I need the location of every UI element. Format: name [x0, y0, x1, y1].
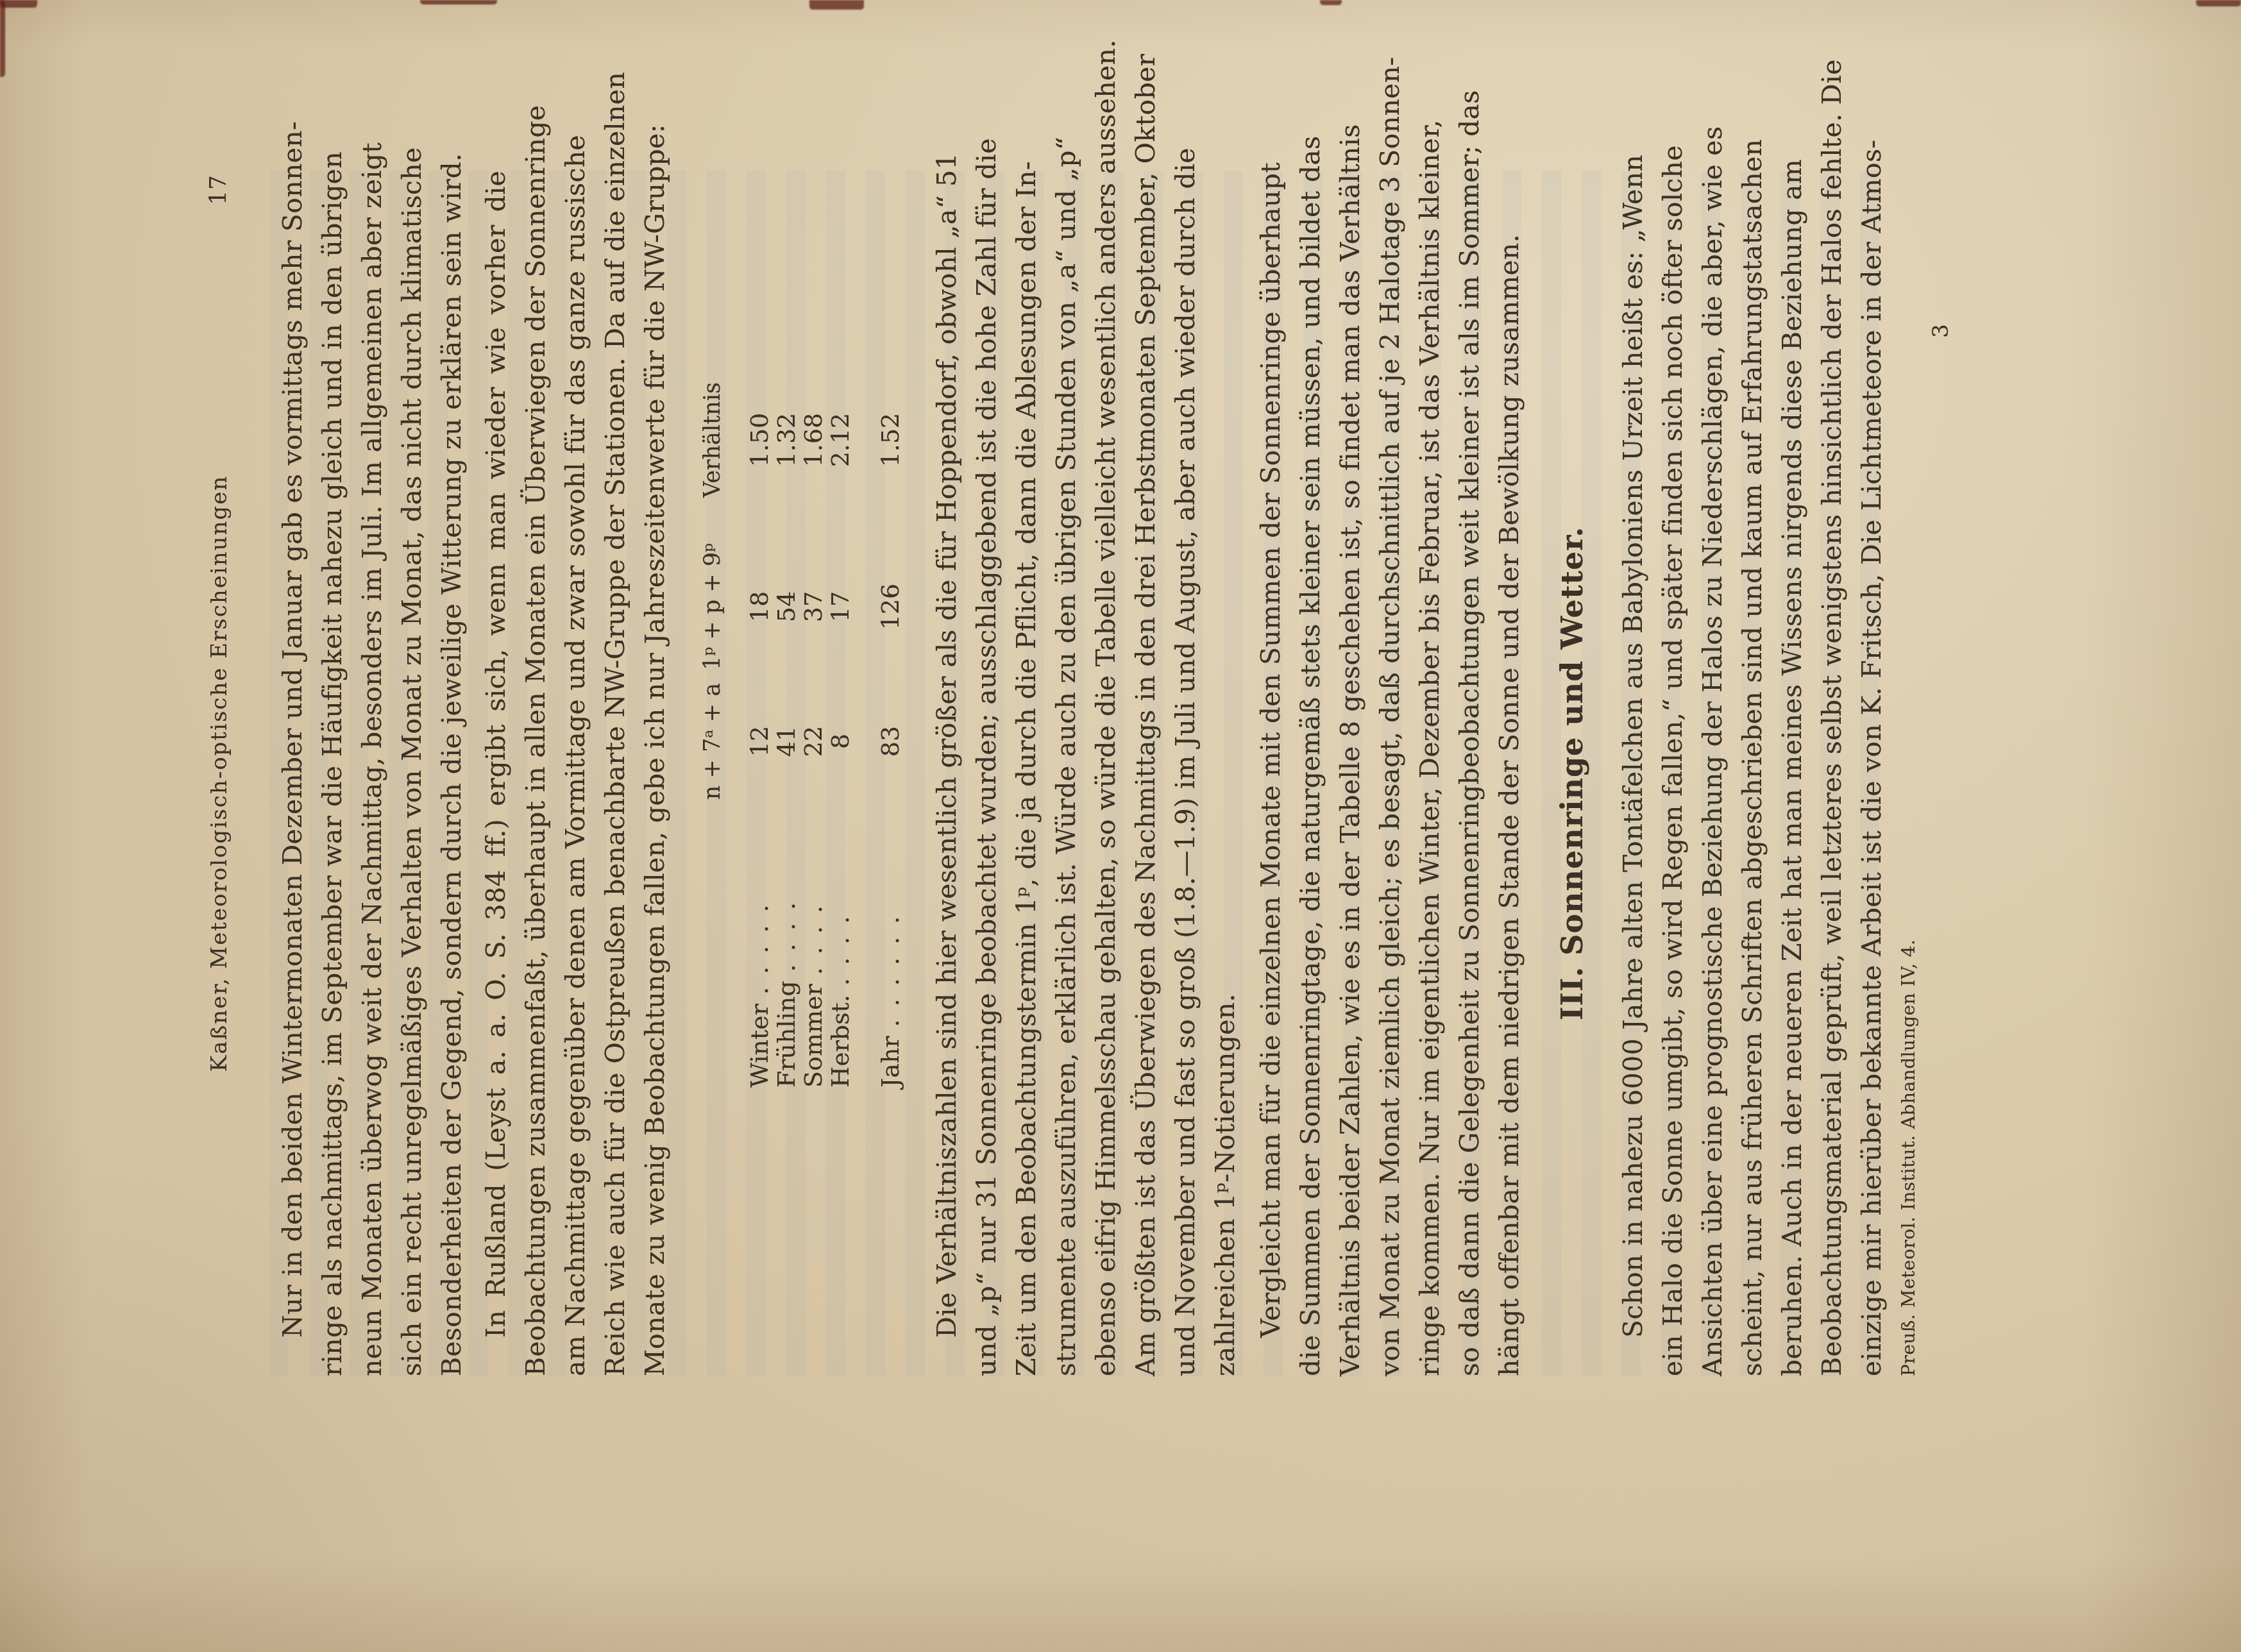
text-line: Am größten ist das Überwiegen des Nachmi…: [1126, 171, 1165, 1376]
running-head: Kaßner, Meteorologisch-optische Erschein…: [207, 171, 237, 1376]
paragraph-3: Die Verhältniszahlen sind hier wesentlic…: [927, 171, 1245, 1376]
text-line: strumente auszuführen, erklärlich ist. W…: [1046, 171, 1086, 1376]
text-line: Besonderheiten der Gegend, sondern durch…: [432, 171, 471, 1376]
cell-value: 12: [746, 677, 773, 805]
cell-value: 83: [877, 677, 904, 805]
row-label: Herbst.: [827, 995, 854, 1088]
cell-value: 17: [827, 536, 854, 677]
text-line: Vergleicht man für die einzelnen Monate …: [1251, 171, 1290, 1376]
table-row-jahr: Jahr . . . . . . 83 126 1.52: [877, 344, 904, 1088]
scan-edge-mark: [0, 0, 37, 8]
text-line: Beobachtungsmaterial geprüft, weil letzt…: [1812, 171, 1852, 1376]
paragraph-2: In Rußland (Leyst a. a. O. S. 384 ff.) e…: [476, 171, 675, 1376]
table-row-fruehling: Frühling . . . . 41 54 1.32: [773, 344, 800, 1088]
scan-edge-mark: [1320, 0, 1342, 5]
table-corner-cell: [696, 805, 737, 1088]
text-line: Nur in den beiden Wintermonaten Dezember…: [273, 171, 312, 1376]
cell-value: 37: [800, 536, 827, 677]
text-line: Verhältnis beider Zahlen, wie es in der …: [1330, 171, 1370, 1376]
cell-value: 18: [746, 536, 773, 677]
text-line: Ansichten über eine prognostische Bezieh…: [1693, 171, 1732, 1376]
text-line: beruhen. Auch in der neueren Zeit hat ma…: [1772, 171, 1812, 1376]
text-line: Schon in nahezu 6000 Jahre alten Tontäfe…: [1613, 171, 1653, 1376]
row-label: Sommer: [800, 984, 827, 1088]
text-line: ringe als nachmittags, im September war …: [312, 171, 352, 1376]
row-label: Jahr: [877, 1036, 904, 1088]
text-line: so daß dann die Gelegenheit zu Sonnenrin…: [1450, 171, 1489, 1376]
cell-value: 41: [773, 677, 800, 805]
scan-edge-mark: [809, 0, 864, 10]
cell-value: 1.68: [800, 344, 827, 536]
dot-leader: . . . .: [800, 903, 827, 975]
text-line: und „p“ nur 31 Sonnenringe beobachtet wu…: [967, 171, 1006, 1376]
cell-value: 54: [773, 536, 800, 677]
dot-leader: . . . . . .: [877, 914, 904, 1027]
text-line: In Rußland (Leyst a. a. O. S. 384 ff.) e…: [476, 171, 516, 1376]
scan-edge-mark: [2196, 0, 2241, 6]
table-row-sommer: Sommer . . . . 22 37 1.68: [800, 344, 827, 1088]
cell-value: 8: [827, 677, 854, 805]
text-line: ebenso eifrig Himmelsschau gehalten, so …: [1086, 171, 1126, 1376]
text-line: Reich wie auch für die Ostpreußen benach…: [595, 171, 635, 1376]
text-line: Beobachtungen zusammenfaßt, überhaupt in…: [516, 171, 555, 1376]
table-row-winter: Winter . . . . . 12 18 1.50: [746, 344, 773, 1088]
table-col-header-afternoon: 1ᵖ + p + 9ᵖ: [696, 536, 737, 677]
text-line: ein Halo die Sonne umgibt, so wird Regen…: [1653, 171, 1693, 1376]
row-label: Frühling: [773, 981, 800, 1088]
text-line: ringe kommen. Nur im eigentlichen Winter…: [1410, 171, 1450, 1376]
dot-leader: . . . .: [827, 913, 854, 986]
book-page-rotated: Kaßner, Meteorologisch-optische Erschein…: [0, 0, 2241, 1652]
text-line: und November und fast so groß (1.8.—1.9)…: [1165, 171, 1205, 1376]
table-col-header-morning: n + 7ᵃ + a: [696, 677, 737, 805]
dot-leader: . . . .: [773, 900, 800, 972]
publisher-imprint: Preuß. Meteorol. Institut. Abhandlungen …: [1896, 799, 1922, 1376]
paragraph-4: Vergleicht man für die einzelnen Monate …: [1251, 171, 1529, 1376]
scan-edge-mark: [0, 0, 5, 77]
cell-value: 126: [877, 536, 904, 677]
table-header-row: n + 7ᵃ + a 1ᵖ + p + 9ᵖ Verhältnis: [696, 344, 737, 1088]
text-line: einzige mir hierüber bekannte Arbeit ist…: [1852, 171, 1891, 1376]
cell-value: 1.32: [773, 344, 800, 536]
text-line: am Nachmittage gegenüber denen am Vormit…: [555, 171, 595, 1376]
page-number: 17: [205, 174, 232, 205]
cell-value: 1.50: [746, 344, 773, 536]
dot-leader: . . . . .: [746, 902, 773, 995]
text-line: die Summen der Sonnenringtage, die natur…: [1290, 171, 1330, 1376]
text-line: Zeit um den Beobachtungstermin 1ᵖ, die j…: [1006, 171, 1046, 1376]
cell-value: 2.12: [827, 344, 854, 536]
section-heading: III. Sonnenringe und Wetter.: [1552, 171, 1592, 1376]
text-line: neun Monaten überwog weit der Nachmittag…: [352, 171, 392, 1376]
text-line: sich ein recht unregelmäßiges Verhalten …: [392, 171, 432, 1376]
row-label: Winter: [746, 1004, 773, 1088]
scanned-page-background: Kaßner, Meteorologisch-optische Erschein…: [0, 0, 2241, 1652]
scan-edge-mark: [420, 0, 497, 4]
cell-value: 1.52: [877, 344, 904, 536]
text-line: scheint, nur aus früheren Schriften abge…: [1732, 171, 1772, 1376]
table-row-herbst: Herbst. . . . . 8 17 2.12: [827, 344, 854, 1088]
text-line: Monate zu wenig Beobachtungen fallen, ge…: [635, 171, 675, 1376]
text-line: hängt offenbar mit dem niedrigen Stande …: [1489, 171, 1529, 1376]
text-line: zahlreichen 1ᵖ-Notierungen.: [1205, 171, 1245, 1376]
text-line: Die Verhältniszahlen sind hier wesentlic…: [927, 171, 967, 1376]
paragraph-5: Schon in nahezu 6000 Jahre alten Tontäfe…: [1613, 171, 1891, 1376]
paragraph-1: Nur in den beiden Wintermonaten Dezember…: [273, 171, 471, 1376]
seasonal-ratio-table: n + 7ᵃ + a 1ᵖ + p + 9ᵖ Verhältnis Winter…: [696, 344, 904, 1088]
cell-value: 22: [800, 677, 827, 805]
running-title: Kaßner, Meteorologisch-optische Erschein…: [207, 171, 232, 1376]
text-line: von Monat zu Monat ziemlich gleich; es b…: [1370, 171, 1410, 1376]
table-col-header-ratio: Verhältnis: [696, 344, 737, 536]
signature-mark: 3: [1927, 280, 1955, 382]
